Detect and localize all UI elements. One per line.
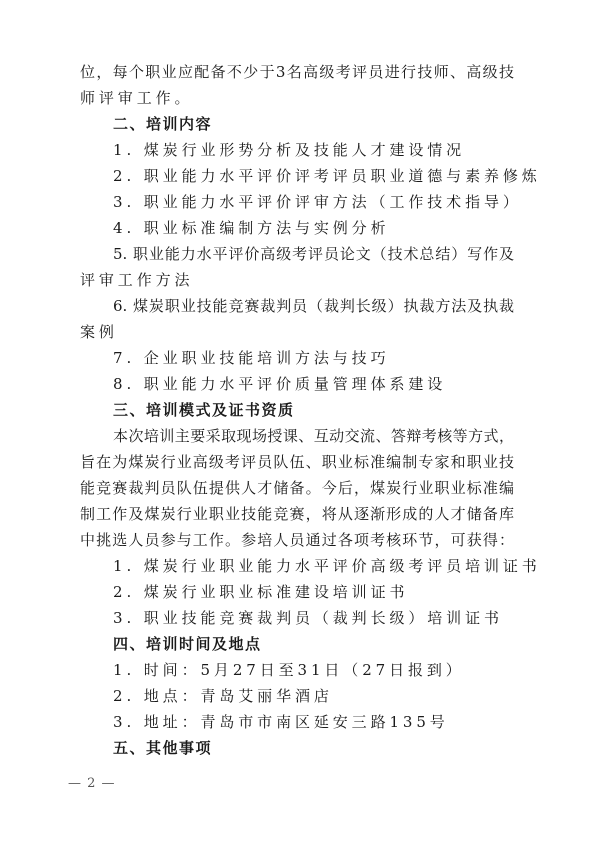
list-item: 1. 煤炭行业形势分析及技能人才建设情况: [80, 137, 514, 163]
body-text-line: 中挑选人员参与工作。参培人员通过各项考核环节，可获得：: [80, 527, 514, 553]
list-item: 7. 企业职业技能培训方法与技巧: [80, 345, 514, 371]
list-item: 1. 时间：5月27日至31日（27日报到）: [80, 657, 514, 683]
section-heading-time-location: 四、培训时间及地点: [80, 631, 514, 657]
page-number: — 2 —: [68, 776, 116, 791]
body-text-line: 旨在为煤炭行业高级考评员队伍、职业标准编制专家和职业技: [80, 449, 514, 475]
section-heading-other-matters: 五、其他事项: [80, 735, 514, 761]
list-item-continuation: 评审工作方法: [80, 267, 514, 293]
section-heading-training-mode: 三、培训模式及证书资质: [80, 397, 514, 423]
body-text-line: 制工作及煤炭行业职业技能竞赛，将从逐渐形成的人才储备库: [80, 501, 514, 527]
section-heading-training-content: 二、培训内容: [80, 111, 514, 137]
list-item: 8. 职业能力水平评价质量管理体系建设: [80, 371, 514, 397]
list-item: 3. 地址：青岛市市南区延安三路135号: [80, 709, 514, 735]
list-item: 3. 职业技能竞赛裁判员（裁判长级）培训证书: [80, 605, 514, 631]
body-text-line: 能竞赛裁判员队伍提供人才储备。今后，煤炭行业职业标准编: [80, 475, 514, 501]
list-item-continuation: 案例: [80, 319, 514, 345]
list-item: 6. 煤炭职业技能竞赛裁判员（裁判长级）执裁方法及执裁: [80, 293, 514, 319]
list-item: 1. 煤炭行业职业能力水平评价高级考评员培训证书: [80, 553, 514, 579]
document-page: 位，每个职业应配备不少于3名高级考评员进行技师、高级技 师评审工作。 二、培训内…: [80, 59, 514, 761]
list-item: 3. 职业能力水平评价评审方法（工作技术指导）: [80, 189, 514, 215]
body-text-line: 本次培训主要采取现场授课、互动交流、答辩考核等方式，: [80, 423, 514, 449]
list-item: 2. 煤炭行业职业标准建设培训证书: [80, 579, 514, 605]
list-item: 4. 职业标准编制方法与实例分析: [80, 215, 514, 241]
list-item: 2. 地点：青岛艾丽华酒店: [80, 683, 514, 709]
list-item: 5. 职业能力水平评价高级考评员论文（技术总结）写作及: [80, 241, 514, 267]
body-text-line: 师评审工作。: [80, 85, 514, 111]
list-item: 2. 职业能力水平评价评考评员职业道德与素养修炼: [80, 163, 514, 189]
body-text-line: 位，每个职业应配备不少于3名高级考评员进行技师、高级技: [80, 59, 514, 85]
